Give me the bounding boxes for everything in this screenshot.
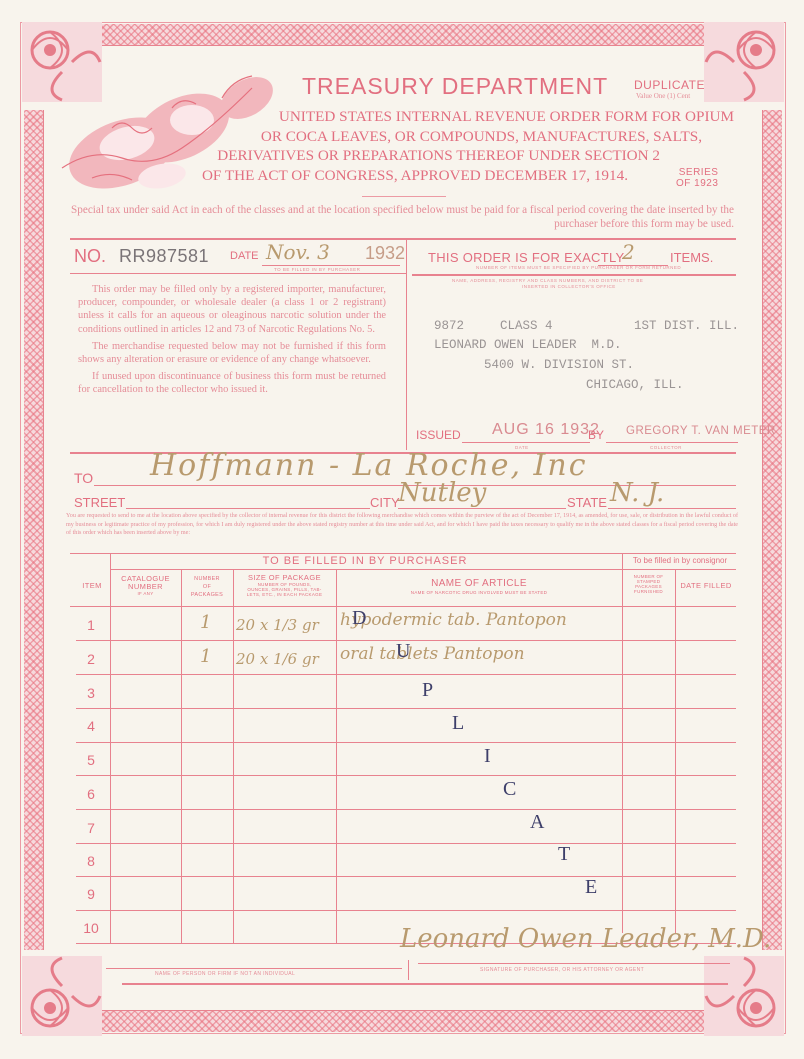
order-date-field[interactable]: Nov. 3	[266, 240, 330, 264]
col-header-text: SIZE OF PACKAGE	[233, 574, 336, 582]
divider	[70, 273, 406, 274]
registry-number: 9872	[434, 319, 464, 333]
column-divider	[336, 569, 337, 943]
col-header-catalogue: CATALOGUE NUMBER IF ANY	[110, 575, 181, 596]
collector-underline	[606, 442, 738, 443]
series-line: SERIES	[676, 167, 718, 178]
divider	[408, 960, 409, 980]
corner-ornament-icon	[704, 956, 784, 1036]
divider	[362, 196, 446, 197]
divider	[70, 238, 736, 240]
corner-ornament-icon	[22, 956, 102, 1036]
subtitle-line: OR COCA LEAVES, OR COMPOUNDS, MANUFACTUR…	[196, 127, 734, 147]
col-header-size: SIZE OF PACKAGE NUMBER OF POUNDS, OUNCES…	[233, 574, 336, 597]
table-cell-packages[interactable]: 1	[200, 612, 211, 633]
item-count-field[interactable]: 2	[622, 240, 635, 264]
registrant-city: CHICAGO, ILL.	[586, 378, 684, 392]
row-divider	[76, 809, 736, 810]
order-date-label: DATE	[230, 250, 259, 262]
row-divider	[76, 775, 736, 776]
order-date-year[interactable]: 1932	[365, 243, 405, 264]
date-underline	[262, 265, 400, 266]
issued-date-stamp: AUG 16 1932	[492, 421, 600, 439]
order-exactly-label: THIS ORDER IS FOR EXACTLY	[428, 250, 625, 265]
duplicate-stamp-letter: D	[352, 607, 366, 630]
city-label: CITY	[370, 495, 400, 510]
registrant-district: 1ST DIST. ILL.	[634, 319, 739, 333]
row-divider	[76, 843, 736, 844]
row-divider	[76, 708, 736, 709]
city-underline	[398, 508, 566, 509]
subtitle-line: OF THE ACT OF CONGRESS, APPROVED DECEMBE…	[196, 166, 734, 186]
duplicate-stamp-letter: I	[484, 745, 491, 768]
duplicate-stamp-letter: L	[452, 712, 464, 735]
table-header-bottom	[70, 606, 736, 607]
duplicate-stamp-letter: E	[585, 876, 597, 899]
order-number-value: RR987581	[119, 246, 209, 267]
table-row-number: 8	[76, 853, 106, 869]
purchaser-section-header: TO BE FILLED IN BY PURCHASER	[110, 555, 620, 567]
col-header-text: NUMBER	[181, 575, 233, 583]
border-band-right	[762, 110, 782, 950]
street-underline	[126, 508, 370, 509]
date-caption: TO BE FILLED IN BY PURCHASER	[274, 267, 360, 272]
border-band-bottom	[70, 1010, 730, 1032]
collector-caption: COLLECTOR	[650, 445, 682, 450]
row-divider	[76, 742, 736, 743]
table-cell-size[interactable]: 20 x 1/3 gr	[236, 616, 319, 634]
duplicate-stamp-letter: C	[503, 778, 516, 801]
item-count-caption: NUMBER OF ITEMS MUST BE SPECIFIED BY PUR…	[476, 265, 681, 270]
column-divider	[181, 569, 182, 943]
state-label: STATE	[567, 495, 607, 510]
corner-ornament-icon	[704, 22, 784, 102]
col-header-text: NAME OF ARTICLE	[336, 578, 622, 590]
duplicate-stamp-letter: T	[558, 843, 570, 866]
table-row-number: 1	[76, 617, 106, 633]
registrant-name: LEONARD OWEN LEADER M.D.	[434, 338, 622, 352]
row-divider	[76, 674, 736, 675]
consignor-section-header: To be filled in by consignor	[622, 556, 738, 565]
issued-by-label: BY	[588, 428, 604, 442]
collector-stamp: GREGORY T. VAN METER	[626, 425, 776, 437]
signature-line	[418, 963, 730, 964]
col-header-date-filled: DATE FILLED	[675, 582, 737, 590]
stamp-value-note: Value One (1) Cent	[636, 92, 690, 100]
row-divider	[76, 876, 736, 877]
col-header-text: NUMBER	[110, 583, 181, 591]
col-header-text: ITEM	[74, 582, 110, 590]
divider	[412, 274, 736, 276]
signature-caption: SIGNATURE OF PURCHASER, OR HIS ATTORNEY …	[480, 967, 644, 973]
border-band-left	[24, 110, 44, 950]
form-subtitle: UNITED STATES INTERNAL REVENUE ORDER FOR…	[196, 107, 734, 185]
col-header-subtext: LETS, ETC., IN EACH PACKAGE	[233, 592, 336, 597]
issued-underline	[462, 442, 590, 443]
table-row-number: 5	[76, 752, 106, 768]
col-header-stamped: NUMBER OF STAMPED PACKAGES FURNISHED	[622, 574, 675, 594]
col-header-packages: NUMBER OF PACKAGES	[181, 575, 233, 599]
column-divider	[675, 569, 676, 933]
border-band-top	[70, 24, 730, 46]
column-divider	[233, 569, 234, 943]
table-cell-packages[interactable]: 1	[200, 646, 211, 667]
col-header-subtext: FURNISHED	[622, 589, 675, 594]
firm-name-line	[106, 968, 402, 969]
rule-paragraph: The merchandise requested below may not …	[78, 340, 386, 366]
col-header-subtext: NAME OF NARCOTIC DRUG INVOLVED MUST BE S…	[336, 590, 622, 595]
col-header-text: OF	[181, 583, 233, 591]
col-header-article: NAME OF ARTICLE NAME OF NARCOTIC DRUG IN…	[336, 578, 622, 595]
items-label: ITEMS.	[670, 250, 713, 265]
table-cell-article[interactable]: hypodermic tab. Pantopon	[340, 610, 567, 630]
col-header-item: ITEM	[74, 582, 110, 590]
col-header-text: DATE FILLED	[675, 582, 737, 590]
registrant-class: CLASS 4	[500, 319, 553, 333]
to-field[interactable]: Hoffmann - La Roche, Inc	[150, 448, 588, 483]
table-row-number: 7	[76, 820, 106, 836]
table-row-number: 10	[76, 920, 106, 936]
special-tax-note: Special tax under said Act in each of th…	[70, 203, 734, 231]
table-top-border	[70, 553, 736, 554]
subtitle-line: UNITED STATES INTERNAL REVENUE ORDER FOR…	[196, 107, 734, 127]
table-row-number: 2	[76, 651, 106, 667]
duplicate-stamp-letter: A	[530, 811, 544, 834]
firm-name-caption: NAME OF PERSON OR FIRM IF NOT AN INDIVID…	[155, 971, 295, 977]
registrant-street: 5400 W. DIVISION ST.	[484, 358, 634, 372]
rule-paragraph: If unused upon discontinuance of busines…	[78, 370, 386, 396]
copy-type-label: DUPLICATE	[634, 78, 705, 92]
duplicate-stamp-letter: U	[396, 640, 410, 663]
column-divider	[110, 553, 111, 943]
subtitle-line: DERIVATIVES OR PREPARATIONS THEREOF UNDE…	[196, 146, 734, 166]
city-field[interactable]: Nutley	[398, 478, 486, 508]
state-field[interactable]: N. J.	[610, 478, 664, 508]
form-rules: This order may be filled only by a regis…	[78, 283, 386, 401]
table-row-number: 3	[76, 685, 106, 701]
registrant-caption: NAME, ADDRESS, REGISTRY AND CLASS NUMBER…	[452, 278, 643, 283]
series-year: OF 1923	[676, 178, 718, 189]
department-title: TREASURY DEPARTMENT	[302, 73, 608, 100]
divider	[406, 238, 407, 450]
request-statement: You are requested to send to me at the l…	[66, 512, 738, 538]
rule-paragraph: This order may be filled only by a regis…	[78, 283, 386, 336]
row-divider	[76, 910, 736, 911]
registrant-caption: INSERTED IN COLLECTOR'S OFFICE	[522, 284, 616, 289]
table-cell-article[interactable]: oral tablets Pantopon	[340, 644, 525, 664]
table-row-number: 9	[76, 886, 106, 902]
table-row-number: 4	[76, 718, 106, 734]
state-underline	[608, 508, 736, 509]
table-cell-size[interactable]: 20 x 1/6 gr	[236, 650, 319, 668]
street-label: STREET	[74, 495, 125, 510]
issued-label: ISSUED	[416, 428, 461, 442]
duplicate-stamp-letter: P	[422, 679, 433, 702]
order-form-page: TREASURY DEPARTMENT DUPLICATE Value One …	[0, 0, 804, 1059]
purchaser-signature-field[interactable]: Leonard Owen Leader, M.D.	[400, 924, 771, 954]
col-header-text: PACKAGES	[181, 591, 233, 599]
table-row-number: 6	[76, 786, 106, 802]
divider	[122, 983, 728, 985]
col-header-subtext: IF ANY	[110, 591, 181, 596]
series-label: SERIES OF 1923	[676, 167, 718, 189]
divider	[110, 569, 736, 570]
order-number-label: NO.	[74, 246, 106, 267]
to-label: TO	[74, 470, 93, 486]
